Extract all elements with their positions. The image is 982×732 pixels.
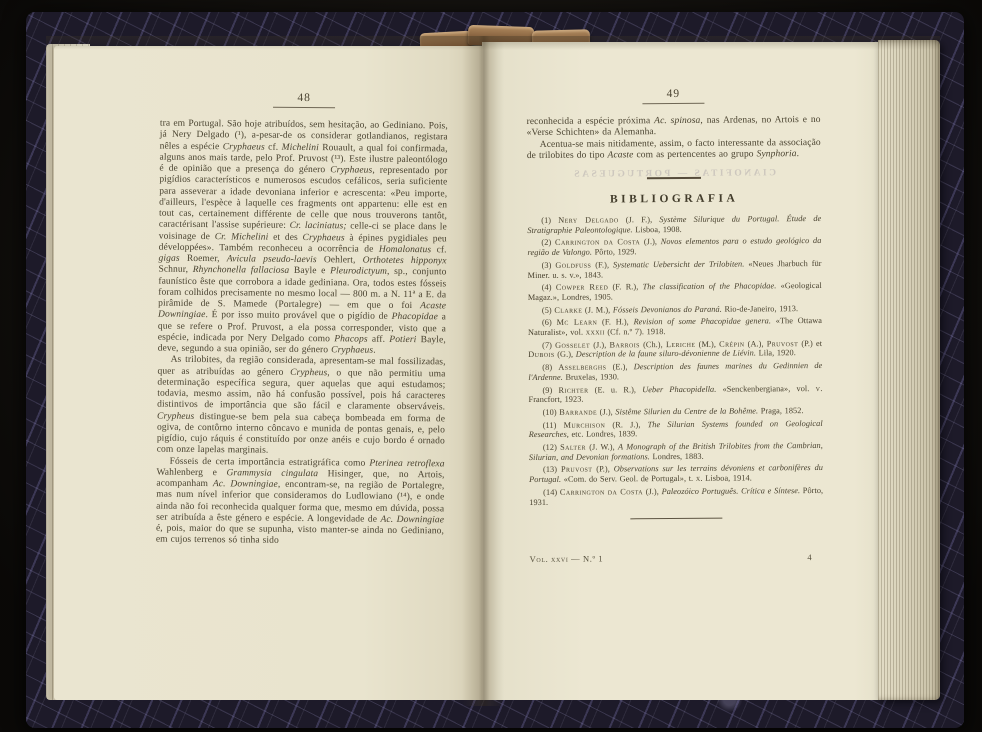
bibliography-entry: (2) Carrington da Costa (J.), Novos elem… <box>527 236 821 257</box>
page-number-rule <box>273 107 335 109</box>
bibliography-entry: (5) Clarke (J. M.), Fósseis Devonianos d… <box>528 304 822 316</box>
bibliography-entry: (10) Barrande (J.), Sistême Silurien du … <box>529 406 823 418</box>
bibliography-entry: (7) Gosselet (J.), Barrois (Ch.), Lerich… <box>528 339 822 360</box>
bibliography-entry: (1) Nery Delgado (J. F.), Système Siluri… <box>527 214 821 235</box>
signature-mark: 4 <box>807 552 811 562</box>
paragraph: tra em Portugal. São hoje atribuídos, se… <box>158 119 448 358</box>
bibliography-entry: (3) Goldfuss (F.), Systematic Uebersicht… <box>528 259 822 280</box>
bibliography-entry: (6) Mc Learn (F. H.), Revision of some P… <box>528 316 822 337</box>
paragraph: As trilobites, da região considerada, ap… <box>157 355 446 459</box>
paragraph: reconhecida a espécie próxima Ac. spinos… <box>527 115 821 140</box>
fore-edge-page-stack <box>878 40 940 700</box>
right-page-content: 49 reconhecida a espécie próxima Ac. spi… <box>526 87 823 564</box>
volume-footer: Vol. xxvi — N.º 1 <box>530 554 604 565</box>
bibliography-entry: (14) Carrington da Costa (J.), Paleozóic… <box>529 486 823 507</box>
bibliography-title: BIBLIOGRAFIA <box>527 192 821 206</box>
divider-area: CIANOFITAS — PORTUGUESAS <box>527 168 821 188</box>
bibliography-entry: (13) Pruvost (P.), Observations sur les … <box>529 463 823 484</box>
bibliography-entry: (4) Cowper Reed (F. R.), The classificat… <box>528 281 822 302</box>
section-divider <box>647 177 701 179</box>
right-page-intro-text: reconhecida a espécie próxima Ac. spinos… <box>527 115 821 162</box>
bibliography-entry: (11) Murchison (R. J.), The Silurian Sys… <box>529 419 823 440</box>
bibliography-entry: (8) Asselberghs (E.), Description des fa… <box>528 361 822 382</box>
bibliography-entry: (9) Richter (E. u. R.), Ueber Phacopidel… <box>528 384 822 405</box>
bibliography-entry: (12) Salter (J. W.), A Monograph of the … <box>529 441 823 462</box>
gutter-shadow <box>462 36 504 706</box>
open-pages: 48 tra em Portugal. São hoje atribuídos,… <box>46 36 940 706</box>
pages-top-shade <box>46 36 940 50</box>
scanned-book-photo: { "colors":{ "background":"#171410", "co… <box>0 0 982 732</box>
bibliography-list: (1) Nery Delgado (J. F.), Système Siluri… <box>527 214 823 507</box>
page-footer: Vol. xxvi — N.º 1 4 <box>530 552 824 564</box>
page-number-rule <box>642 103 704 104</box>
page-number-left: 48 <box>160 91 448 106</box>
paragraph: Fósseis de certa importância estratigráf… <box>156 456 445 549</box>
page-number-right: 49 <box>526 87 820 101</box>
end-rule <box>630 518 722 520</box>
paragraph: Acentua-se mais nitidamente, assim, o fa… <box>527 137 821 162</box>
left-page-content: 48 tra em Portugal. São hoje atribuídos,… <box>156 91 448 549</box>
left-page-text: tra em Portugal. São hoje atribuídos, se… <box>156 119 448 549</box>
